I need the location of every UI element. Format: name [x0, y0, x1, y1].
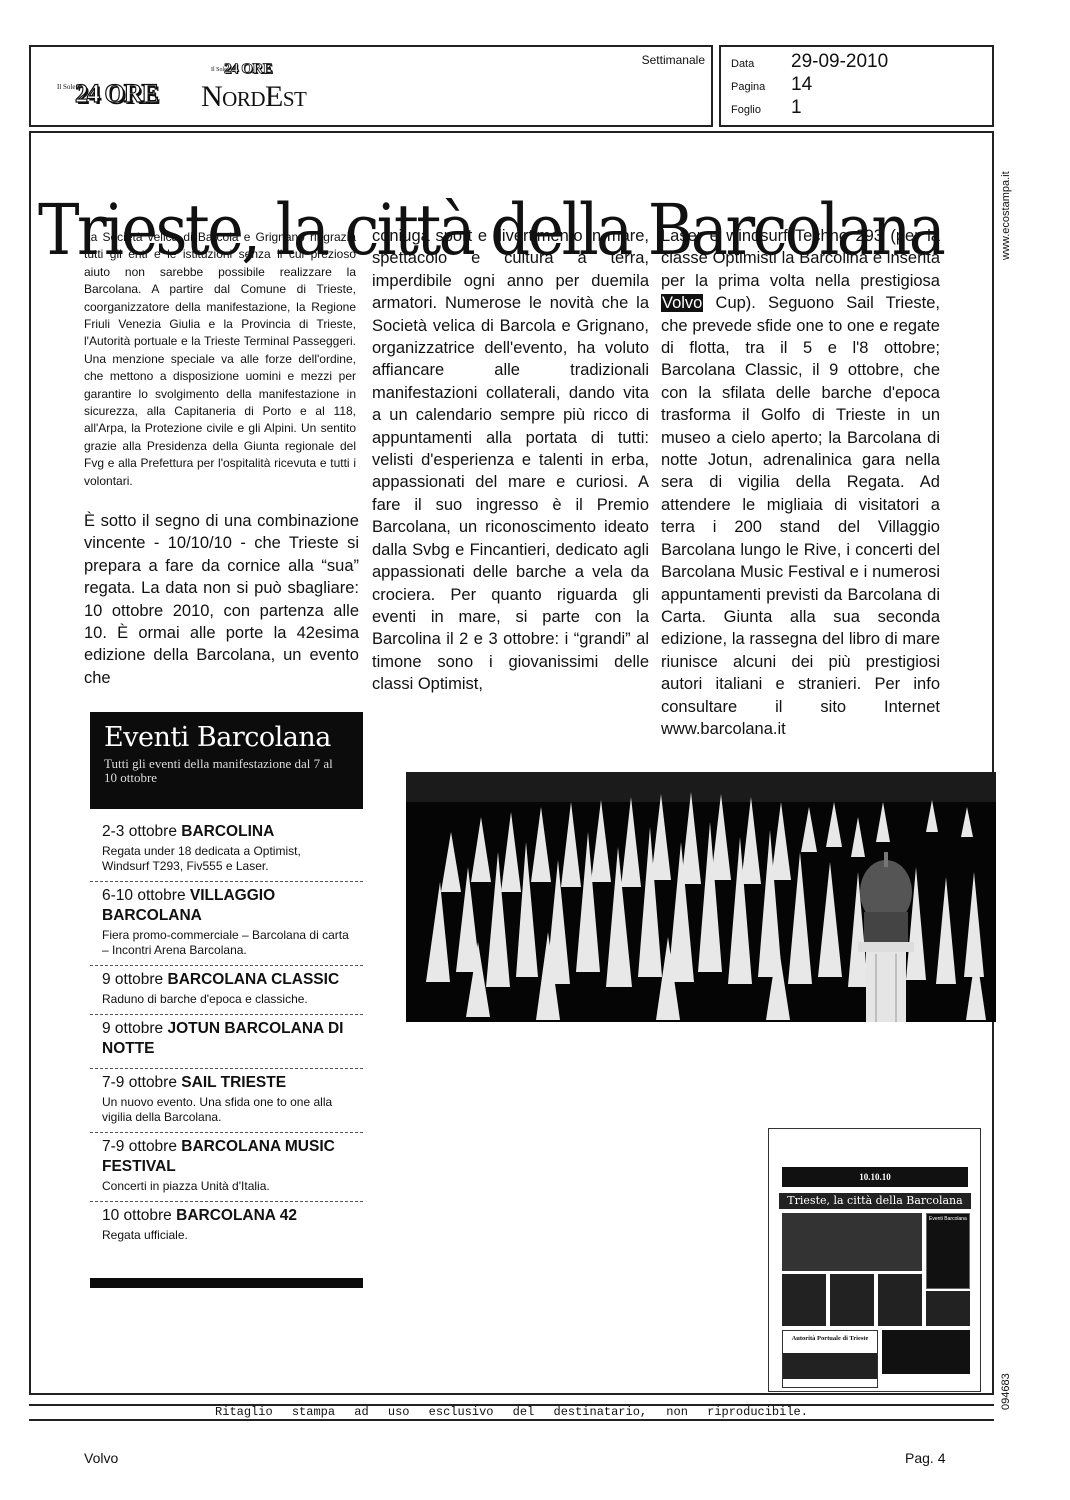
- event-date: 10 ottobre: [102, 1207, 172, 1224]
- thumbnail-banner: 10.10.10: [782, 1167, 968, 1187]
- events-box-bottom-bar: [90, 1278, 363, 1288]
- column-3-text-a: Laser e windsurf Techno 293 (per la clas…: [661, 227, 940, 290]
- event-date: 2-3 ottobre: [102, 823, 177, 840]
- event-description: Un nuovo evento. Una sfida one to one al…: [102, 1095, 351, 1125]
- footer-page-number: Pag. 4: [905, 1450, 945, 1466]
- column-2-text: coniuga sport e divertimento in mare, sp…: [372, 225, 649, 696]
- event-item: 9 ottobre BARCOLANA CLASSIC Raduno di ba…: [90, 966, 363, 1015]
- logo-nordest: NordEst: [201, 80, 306, 114]
- event-item: 10 ottobre BARCOLANA 42 Regata ufficiale…: [90, 1202, 363, 1250]
- date-label: Data: [731, 58, 791, 70]
- thumbnail-column: [830, 1274, 874, 1326]
- intro-paragraph: La Società velica di Barcola e Grignano …: [84, 229, 356, 490]
- event-name: BARCOLANA 42: [176, 1207, 297, 1224]
- event-description: Fiera promo-commerciale – Barcolana di c…: [102, 928, 351, 958]
- events-box-header: Eventi Barcolana Tutti gli eventi della …: [90, 712, 363, 809]
- event-item: 2-3 ottobre BARCOLINA Regata under 18 de…: [90, 818, 363, 882]
- footer-client-name: Volvo: [84, 1450, 118, 1466]
- event-date: 6-10 ottobre: [102, 887, 186, 904]
- event-description: Regata under 18 dedicata a Optimist, Win…: [102, 844, 351, 874]
- thumbnail-advert-text: Autorità Portuale di Trieste: [783, 1335, 877, 1343]
- event-name: SAIL TRIESTE: [181, 1074, 286, 1091]
- event-item: 7-9 ottobre SAIL TRIESTE Un nuovo evento…: [90, 1069, 363, 1133]
- thumbnail-photo: [782, 1213, 922, 1271]
- event-date: 7-9 ottobre: [102, 1074, 177, 1091]
- thumbnail-headline: Trieste, la città della Barcolana: [779, 1193, 971, 1209]
- column-1-text: È sotto il segno di una combinazione vin…: [84, 510, 359, 689]
- event-description: Concerti in piazza Unità d'Italia.: [102, 1179, 351, 1194]
- events-list: 2-3 ottobre BARCOLINA Regata under 18 de…: [90, 818, 363, 1250]
- thumbnail-column: [926, 1291, 970, 1326]
- event-item: 7-9 ottobre BARCOLANA MUSIC FESTIVAL Con…: [90, 1133, 363, 1202]
- article-column-3: Laser e windsurf Techno 293 (per la clas…: [661, 225, 940, 740]
- page-thumbnail: 10.10.10 Trieste, la città della Barcola…: [768, 1128, 981, 1392]
- column-3-text-b: Cup). Seguono Sail Trieste, che prevede …: [661, 294, 940, 738]
- thumbnail-advert: Autorità Portuale di Trieste: [782, 1330, 878, 1388]
- publication-meta-box: Data 29-09-2010 Pagina 14 Foglio 1: [719, 45, 994, 127]
- thumbnail-column: [782, 1274, 826, 1326]
- side-source-url: www.ecostampa.it: [998, 140, 1018, 250]
- meta-sheet-row: Foglio 1: [731, 97, 802, 119]
- masthead-box: Il Sole 24 ORE Il Sole 24 ORE NordEst Se…: [29, 45, 713, 127]
- clip-code-text: 094683: [1000, 1373, 1012, 1410]
- event-description: Raduno di barche d'epoca e classiche.: [102, 992, 351, 1007]
- clipping-notice-bar: Ritaglio stampa ad uso esclusivo del des…: [29, 1404, 994, 1421]
- article-column-1: È sotto il segno di una combinazione vin…: [84, 510, 359, 689]
- column-3-text: Laser e windsurf Techno 293 (per la clas…: [661, 225, 940, 740]
- event-date: 9 ottobre: [102, 1020, 163, 1037]
- page-value: 14: [791, 74, 812, 96]
- thumbnail-advert-image: [783, 1353, 877, 1379]
- thumbnail-photo-ship: [882, 1330, 970, 1374]
- highlighted-keyword: Volvo: [661, 294, 703, 312]
- logo-24ore: 24 ORE: [75, 79, 158, 109]
- article-intro-thanks: La Società velica di Barcola e Grignano …: [84, 229, 356, 490]
- sailboats-illustration: [406, 772, 996, 1022]
- event-date: 7-9 ottobre: [102, 1138, 177, 1155]
- sheet-label: Foglio: [731, 104, 791, 116]
- lighthouse-shape: [858, 852, 914, 1022]
- event-date: 9 ottobre: [102, 971, 163, 988]
- event-description: Regata ufficiale.: [102, 1228, 351, 1243]
- article-column-2: coniuga sport e divertimento in mare, sp…: [372, 225, 649, 696]
- source-url-text: www.ecostampa.it: [1000, 171, 1012, 260]
- event-name: BARCOLINA: [181, 823, 274, 840]
- periodicity-label: Settimanale: [642, 53, 705, 67]
- events-box-title: Eventi Barcolana: [104, 722, 349, 754]
- sheet-value: 1: [791, 97, 802, 119]
- event-item: 6-10 ottobre VILLAGGIO BARCOLANA Fiera p…: [90, 882, 363, 966]
- regatta-photo: [406, 772, 996, 1022]
- logo-nordest-24ore-small: 24 ORE: [224, 61, 272, 78]
- thumbnail-events-box: Eventi Barcolana: [926, 1213, 970, 1289]
- thumbnail-events-box-title: Eventi Barcolana: [927, 1214, 969, 1224]
- event-item: 9 ottobre JOTUN BARCOLANA DI NOTTE: [90, 1015, 363, 1069]
- page-label: Pagina: [731, 81, 791, 93]
- side-clip-code: 094683: [998, 1350, 1018, 1410]
- meta-page-row: Pagina 14: [731, 74, 812, 96]
- meta-date-row: Data 29-09-2010: [731, 51, 888, 73]
- clipping-notice: Ritaglio stampa ad uso esclusivo del des…: [29, 1406, 994, 1419]
- thumbnail-column: [878, 1274, 922, 1326]
- date-value: 29-09-2010: [791, 51, 888, 73]
- events-box-subtitle: Tutti gli eventi della manifestazione da…: [104, 757, 349, 785]
- event-name: BARCOLANA CLASSIC: [168, 971, 340, 988]
- logo-il-sole-small: Il Sole: [57, 83, 75, 91]
